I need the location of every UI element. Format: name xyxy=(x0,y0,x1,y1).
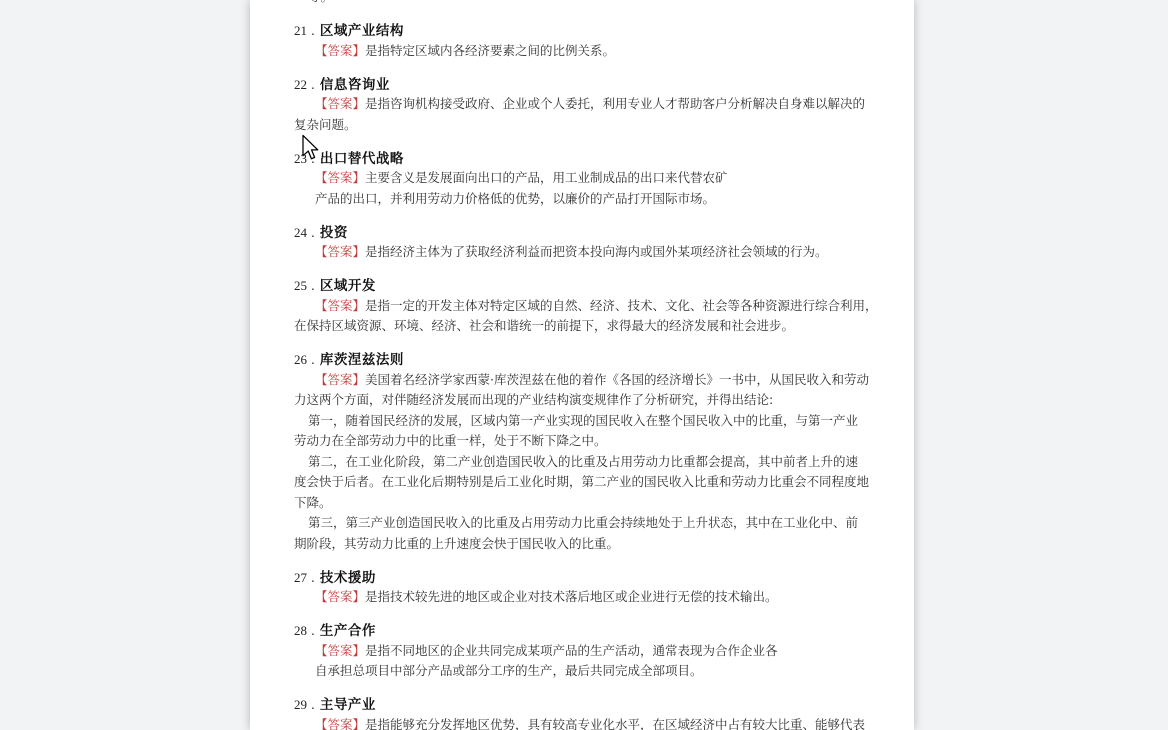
glossary-item: 21.区域产业结构【答案】是指特定区域内各经济要素之间的比例关系。 xyxy=(294,20,884,61)
answer-paragraph: 第三，第三产业创造国民收入的比重及占用劳动力比重会持续地处于上升状态，其中在工业… xyxy=(294,513,884,554)
item-number: 27 xyxy=(294,570,307,585)
item-term: 生产合作 xyxy=(320,623,376,639)
glossary-items: 21.区域产业结构【答案】是指特定区域内各经济要素之间的比例关系。22.信息咨询… xyxy=(294,20,884,730)
item-title: 28.生产合作 xyxy=(294,620,884,641)
glossary-item: 25.区域开发【答案】是指一定的开发主体对特定区域的自然、经济、技术、文化、社会… xyxy=(294,275,884,337)
item-term: 主导产业 xyxy=(320,697,376,713)
answer-label: 【答案】 xyxy=(315,244,365,259)
text-line: 复杂问题。 xyxy=(294,115,884,136)
answer-paragraph: 【答案】是指技术较先进的地区或企业对技术落后地区或企业进行无偿的技术输出。 xyxy=(294,587,884,608)
glossary-item: 22.信息咨询业【答案】是指咨询机构接受政府、企业或个人委托，利用专业人才帮助客… xyxy=(294,74,884,136)
text-line: 度会快于后者。在工业化后期特别是后工业化时期，第二产业的国民收入比重和劳动力比重… xyxy=(294,472,884,493)
item-number-separator: . xyxy=(307,226,320,240)
answer-paragraph: 【答案】是指经济主体为了获取经济利益而把资本投向海内或国外某项经济社会领域的行为… xyxy=(294,242,884,263)
answer-label: 【答案】 xyxy=(315,170,365,185)
item-number: 21 xyxy=(294,23,307,38)
paragraph-line: 等。 xyxy=(294,0,884,8)
text-line: 下降。 xyxy=(294,493,884,514)
text-line: 第一，随着国民经济的发展，区域内第一产业实现的国民收入在整个国民收入中的比重，与… xyxy=(294,411,884,432)
item-title: 27.技术援助 xyxy=(294,567,884,588)
item-number: 22 xyxy=(294,77,307,92)
answer-paragraph: 第一，随着国民经济的发展，区域内第一产业实现的国民收入在整个国民收入中的比重，与… xyxy=(294,411,884,452)
answer-paragraph: 【答案】是指不同地区的企业共同完成某项产品的生产活动，通常表现为合作企业各自承担… xyxy=(294,641,884,682)
glossary-item: 23.出口替代战略【答案】主要含义是发展面向出口的产品，用工业制成品的出口来代替… xyxy=(294,148,884,210)
item-term: 出口替代战略 xyxy=(320,151,404,167)
item-title: 26.库茨涅兹法则 xyxy=(294,349,884,370)
glossary-item: 26.库茨涅兹法则【答案】美国着名经济学家西蒙·库茨涅兹在他的着作《各国的经济增… xyxy=(294,349,884,554)
answer-paragraph: 【答案】美国着名经济学家西蒙·库茨涅兹在他的着作《各国的经济增长》一书中，从国民… xyxy=(294,370,884,411)
text-line: 产品的出口，并利用劳动力价格低的优势，以廉价的产品打开国际市场。 xyxy=(294,189,884,210)
item-number-separator: . xyxy=(307,624,320,638)
item-number-separator: . xyxy=(307,24,320,38)
item-number-separator: . xyxy=(307,571,320,585)
item-term: 技术援助 xyxy=(320,570,376,586)
item-number-separator: . xyxy=(307,698,320,712)
document-page[interactable]: 等。 21.区域产业结构【答案】是指特定区域内各经济要素之间的比例关系。22.信… xyxy=(250,0,914,730)
item-number-separator: . xyxy=(307,152,320,166)
text-line: 【答案】是指技术较先进的地区或企业对技术落后地区或企业进行无偿的技术输出。 xyxy=(294,587,884,608)
item-number: 28 xyxy=(294,623,307,638)
text-line: 【答案】是指一定的开发主体对特定区域的自然、经济、技术、文化、社会等各种资源进行… xyxy=(294,296,884,317)
text-line: 【答案】是指咨询机构接受政府、企业或个人委托，利用专业人才帮助客户分析解决自身难… xyxy=(294,94,884,115)
document-content: 等。 21.区域产业结构【答案】是指特定区域内各经济要素之间的比例关系。22.信… xyxy=(294,0,884,730)
glossary-item: 24.投资【答案】是指经济主体为了获取经济利益而把资本投向海内或国外某项经济社会… xyxy=(294,222,884,263)
item-number: 26 xyxy=(294,352,307,367)
item-term: 库茨涅兹法则 xyxy=(320,352,404,368)
text-line: 【答案】是指经济主体为了获取经济利益而把资本投向海内或国外某项经济社会领域的行为… xyxy=(294,242,884,263)
item-title: 24.投资 xyxy=(294,222,884,243)
item-number-separator: . xyxy=(307,353,320,367)
answer-label: 【答案】 xyxy=(315,589,365,604)
item-term: 投资 xyxy=(320,225,348,241)
item-title: 23.出口替代战略 xyxy=(294,148,884,169)
answer-paragraph: 【答案】是指特定区域内各经济要素之间的比例关系。 xyxy=(294,41,884,62)
item-number: 24 xyxy=(294,225,307,240)
item-title: 22.信息咨询业 xyxy=(294,74,884,95)
text-line: 【答案】是指能够充分发挥地区优势，具有较高专业化水平，在区域经济中占有较大比重、… xyxy=(294,715,884,730)
glossary-item: 27.技术援助【答案】是指技术较先进的地区或企业对技术落后地区或企业进行无偿的技… xyxy=(294,567,884,608)
text-line: 劳动力在全部劳动力中的比重一样，处于不断下降之中。 xyxy=(294,431,884,452)
answer-paragraph: 第二，在工业化阶段，第二产业创造国民收入的比重及占用劳动力比重都会提高，其中前者… xyxy=(294,452,884,514)
answer-paragraph: 【答案】是指一定的开发主体对特定区域的自然、经济、技术、文化、社会等各种资源进行… xyxy=(294,296,884,337)
text-line: 在保持区域资源、环境、经济、社会和谐统一的前提下，求得最大的经济发展和社会进步。 xyxy=(294,316,884,337)
answer-label: 【答案】 xyxy=(315,43,365,58)
text-line: 力这两个方面，对伴随经济发展而出现的产业结构演变规律作了分析研究，并得出结论: xyxy=(294,390,884,411)
answer-label: 【答案】 xyxy=(315,96,365,111)
answer-label: 【答案】 xyxy=(315,372,365,387)
glossary-item: 29.主导产业【答案】是指能够充分发挥地区优势，具有较高专业化水平，在区域经济中… xyxy=(294,694,884,730)
item-term: 区域开发 xyxy=(320,278,376,294)
text-line: 【答案】是指特定区域内各经济要素之间的比例关系。 xyxy=(294,41,884,62)
answer-paragraph: 【答案】是指能够充分发挥地区优势，具有较高专业化水平，在区域经济中占有较大比重、… xyxy=(294,715,884,730)
item-term: 信息咨询业 xyxy=(320,77,390,93)
text-line: 期阶段，其劳动力比重的上升速度会快于国民收入的比重。 xyxy=(294,534,884,555)
item-term: 区域产业结构 xyxy=(320,23,404,39)
text-line: 【答案】美国着名经济学家西蒙·库茨涅兹在他的着作《各国的经济增长》一书中，从国民… xyxy=(294,370,884,391)
item-title: 21.区域产业结构 xyxy=(294,20,884,41)
answer-label: 【答案】 xyxy=(315,717,365,730)
answer-paragraph: 【答案】是指咨询机构接受政府、企业或个人委托，利用专业人才帮助客户分析解决自身难… xyxy=(294,94,884,135)
text-line: 自承担总项目中部分产品或部分工序的生产，最后共同完成全部项目。 xyxy=(294,661,884,682)
item-number: 29 xyxy=(294,697,307,712)
answer-paragraph: 【答案】主要含义是发展面向出口的产品，用工业制成品的出口来代替农矿产品的出口，并… xyxy=(294,168,884,209)
glossary-item: 28.生产合作【答案】是指不同地区的企业共同完成某项产品的生产活动，通常表现为合… xyxy=(294,620,884,682)
item-number: 25 xyxy=(294,278,307,293)
text-line: 【答案】是指不同地区的企业共同完成某项产品的生产活动，通常表现为合作企业各 xyxy=(294,641,884,662)
item-number-separator: . xyxy=(307,279,320,293)
item-number-separator: . xyxy=(307,78,320,92)
text-line: 第三，第三产业创造国民收入的比重及占用劳动力比重会持续地处于上升状态，其中在工业… xyxy=(294,513,884,534)
item-title: 29.主导产业 xyxy=(294,694,884,715)
answer-label: 【答案】 xyxy=(315,643,365,658)
item-title: 25.区域开发 xyxy=(294,275,884,296)
text-line: 【答案】主要含义是发展面向出口的产品，用工业制成品的出口来代替农矿 xyxy=(294,168,884,189)
answer-label: 【答案】 xyxy=(315,298,365,313)
item-number: 23 xyxy=(294,151,307,166)
text-line: 第二，在工业化阶段，第二产业创造国民收入的比重及占用劳动力比重都会提高，其中前者… xyxy=(294,452,884,473)
